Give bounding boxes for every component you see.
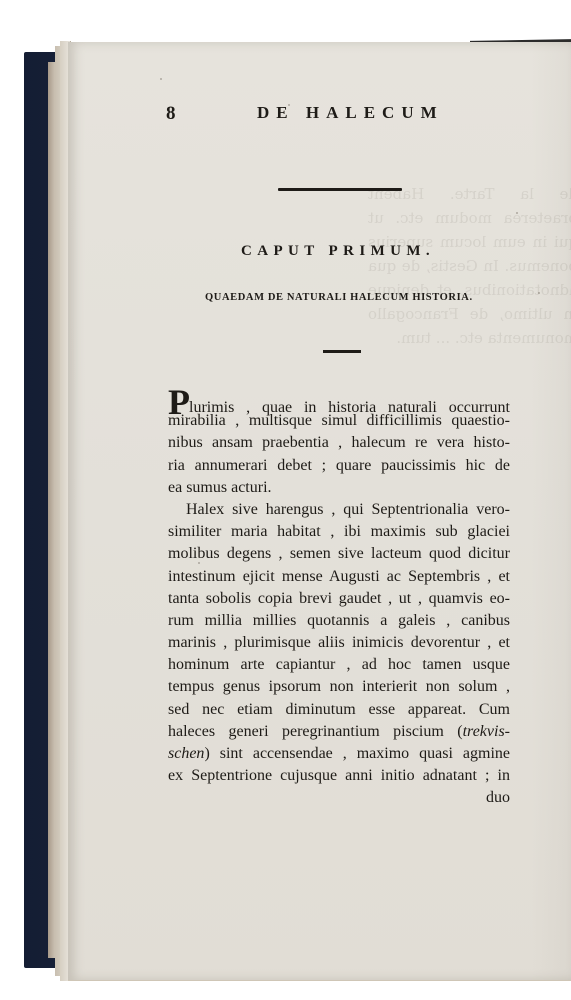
text-line: marinis , plurimisque aliis inimicis dev… bbox=[168, 632, 510, 654]
chapter-subtitle: QUAEDAM DE NATURALI HALECUM HISTORIA. bbox=[205, 292, 473, 303]
italic-term: schen bbox=[168, 745, 204, 762]
italic-term: trekvis- bbox=[463, 723, 510, 740]
text-line: intestinum ejicit mense Augusti ac Septe… bbox=[168, 566, 510, 588]
text-line: mirabilia , multisque simul difficillimi… bbox=[168, 410, 510, 432]
decorative-rule-short bbox=[323, 350, 361, 353]
running-head: DE HALECUM bbox=[257, 103, 444, 123]
text-line: rum millia millies quotannis a galeis , … bbox=[168, 610, 510, 632]
body-text: Plurimis , quae in historia naturali occ… bbox=[168, 388, 510, 810]
book-photograph: de la Tarte. Habent praeterea modum etc.… bbox=[0, 0, 571, 1000]
text-line: schen) sint accensendae , maximo quasi a… bbox=[168, 743, 510, 765]
text-line: ea sumus acturi. bbox=[168, 477, 510, 499]
text-line: hominum arte capiantur , ad hoc tamen us… bbox=[168, 654, 510, 676]
text-line: tanta sobolis copia brevi gaudet , ut , … bbox=[168, 588, 510, 610]
text-line: ria annumerari debet ; quare paucissimis… bbox=[168, 455, 510, 477]
text-line: nibus ansam praebentia , halecum re vera… bbox=[168, 432, 510, 454]
text-line: Plurimis , quae in historia naturali occ… bbox=[168, 388, 510, 410]
text-line: tempus genus ipsorum non interierit non … bbox=[168, 676, 510, 698]
text-line: haleces generi peregrinantium piscium (t… bbox=[168, 721, 510, 743]
catchword: duo bbox=[168, 787, 510, 809]
text-line: ex Septentrione cujusque anni initio adn… bbox=[168, 765, 510, 787]
paper-speck bbox=[538, 292, 540, 294]
decorative-rule-long bbox=[278, 188, 402, 191]
page-number: 8 bbox=[166, 103, 176, 125]
bleed-through-text: de la Tarte. Habent praeterea modum etc.… bbox=[368, 182, 571, 350]
text-line: Halex sive harengus , qui Septentrionali… bbox=[168, 499, 510, 521]
text-line: similiter maria habitat , ibi maximis su… bbox=[168, 521, 510, 543]
paper-speck bbox=[160, 78, 162, 80]
text-line: sed nec etiam diminutum esse appareat. C… bbox=[168, 699, 510, 721]
chapter-title: CAPUT PRIMUM. bbox=[241, 243, 435, 260]
text-line: molibus degens , semen sive lacteum quod… bbox=[168, 543, 510, 565]
paper-speck bbox=[516, 212, 518, 214]
